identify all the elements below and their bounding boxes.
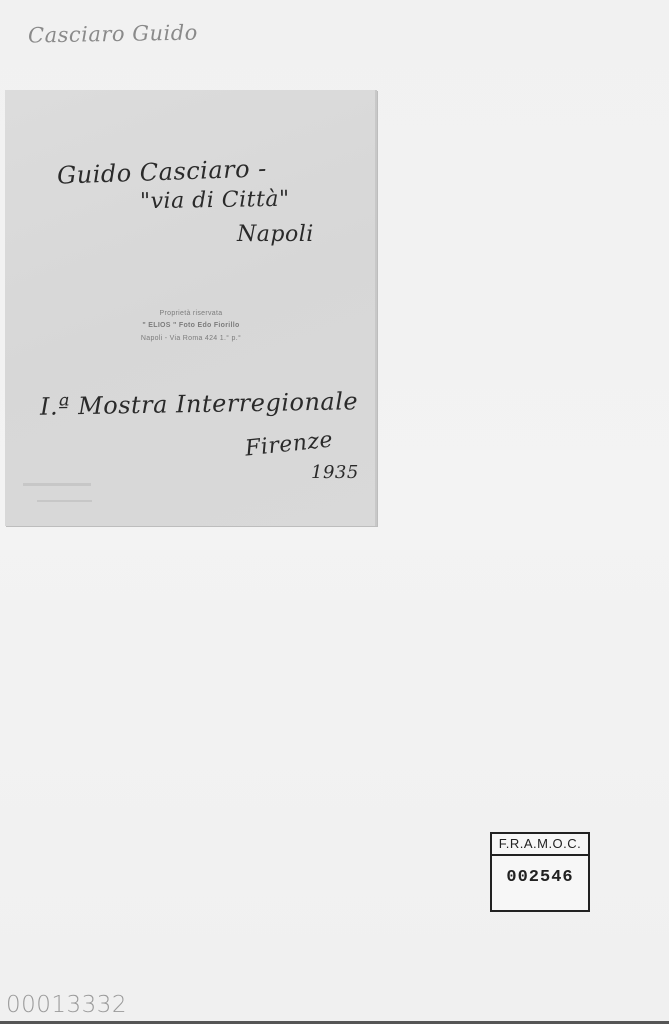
stamp-line-studio: " ELIOS " Foto Edo Fiorillo (5, 322, 377, 329)
faint-stamp-mark (23, 483, 91, 486)
faint-stamp-mark (37, 500, 92, 502)
inventory-number: 00013332 (6, 992, 127, 1018)
archive-label: F.R.A.M.O.C. 002546 (490, 832, 590, 912)
handwritten-title: "via di Città" (140, 187, 290, 215)
handwritten-city: Napoli (237, 222, 314, 247)
handwritten-exhibition-city: Firenze (244, 427, 334, 461)
stamp-line-rights: Proprietà riservata (5, 310, 377, 317)
handwritten-exhibition: I.ª Mostra Interregionale (40, 387, 359, 421)
archive-label-header: F.R.A.M.O.C. (492, 834, 588, 856)
photo-card-back: Guido Casciaro - "via di Città" Napoli P… (5, 90, 377, 526)
pencil-note-name: Casciaro Guido (28, 21, 198, 48)
stamp-line-address: Napoli - Via Roma 424 1.° p.° (5, 335, 377, 342)
handwritten-year: 1935 (311, 462, 359, 483)
archive-label-number: 002546 (492, 856, 588, 887)
handwritten-name: Guido Casciaro - (57, 154, 268, 189)
